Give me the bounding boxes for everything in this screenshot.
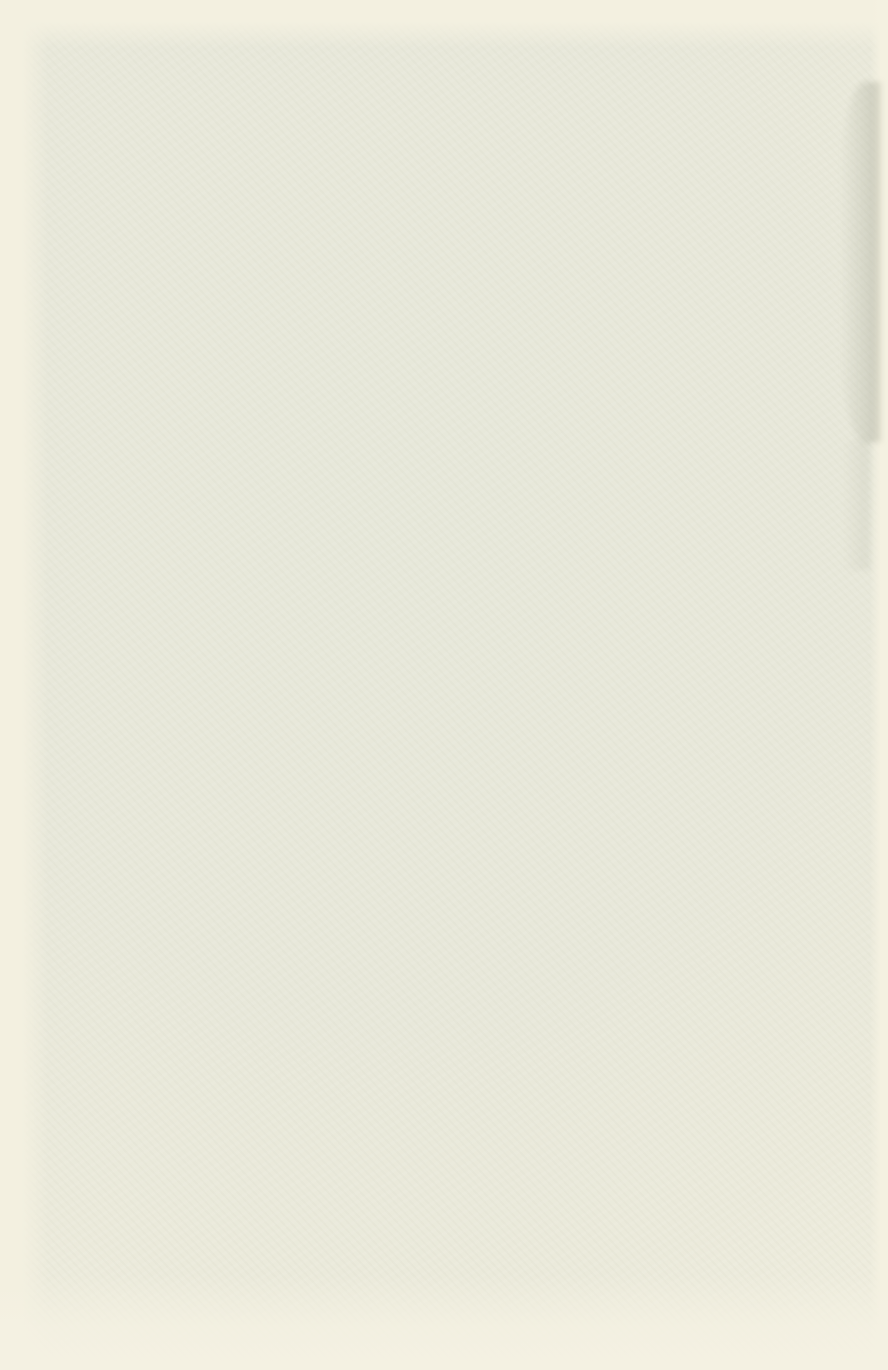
page-margin-bottom (0, 1275, 888, 1370)
page-edge-shadow (840, 82, 882, 442)
page-edge-streak (842, 440, 870, 570)
document-page (0, 0, 888, 1370)
page-margin-right (870, 0, 888, 1370)
page-margin-top (0, 0, 888, 48)
page-margin-left (0, 0, 48, 1370)
